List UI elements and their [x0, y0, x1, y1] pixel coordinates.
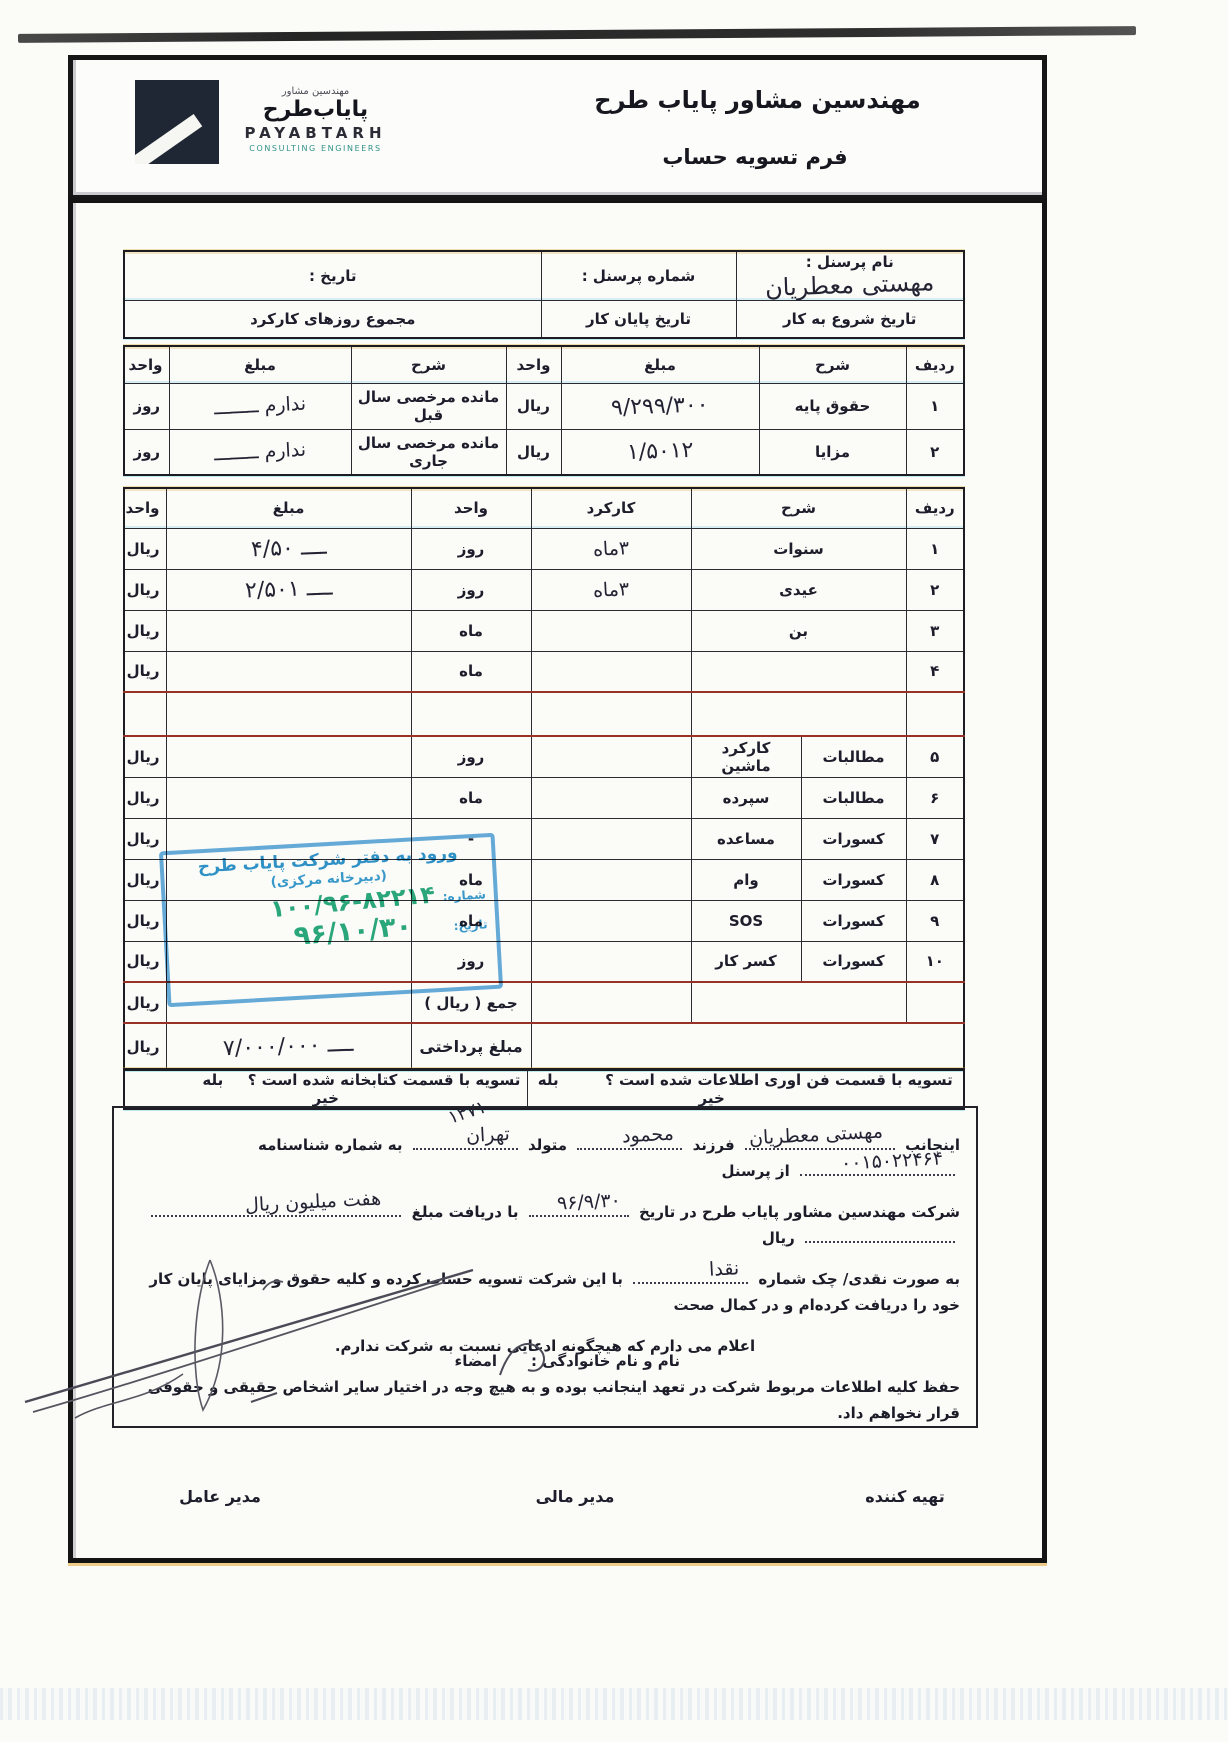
table-row: ۵ مطالبات کارکرد ماشین روز ریال — [124, 736, 964, 777]
table-row: ۲ مزایا ۱/۵۰۱۲ ریال مانده مرخصی سال جاری… — [124, 429, 964, 475]
it-confirm-cell: تسویه با قسمت فن اوری اطلاعات شده است ؟ … — [527, 1069, 964, 1109]
decl-text: به صورت نقدی/ چک شماره — [758, 1270, 960, 1288]
empty-cell — [411, 692, 531, 736]
table-row: ۳ بن ماه ریال — [124, 610, 964, 651]
row-group: کسورات — [801, 900, 906, 941]
row-unit2: ریال — [124, 900, 166, 941]
form-title: فرم تسویه حساب — [545, 145, 965, 169]
leave-handwritten: ندارم ــــــــ — [213, 438, 306, 465]
col-header-amount: مبلغ — [166, 488, 411, 528]
stamp-date-label: تاریخ: — [453, 917, 488, 933]
row-no: ۵ — [906, 736, 964, 777]
row-no: ۴ — [906, 651, 964, 692]
col-header-unit: واحد — [506, 346, 561, 383]
total-days-cell: مجموع روزهای کارکرد — [124, 301, 541, 338]
col-header-desc: شرح — [691, 488, 906, 528]
empty-cell — [124, 692, 166, 736]
row-work — [531, 777, 691, 818]
row-work — [531, 941, 691, 982]
decl-text: از پرسنل — [722, 1162, 790, 1180]
table-row: ۱ سنوات ۳ماه روز ــــ ۴/۵۰ ریال — [124, 528, 964, 569]
row-desc: بن — [691, 610, 906, 651]
end-date-cell: تاریخ پایان کار — [541, 301, 736, 338]
row-amount — [166, 736, 411, 777]
scanned-settlement-form: مهندسین مشاور پایاب‌طرح PAYABTARH CONSUL… — [0, 0, 1228, 1742]
name-cell: نام پرسنل : مهستی معطریان — [736, 251, 964, 301]
finance-manager-label: مدیر مالی — [515, 1487, 635, 1506]
row-desc2: مانده مرخصی سال جاری — [351, 429, 506, 475]
it-no-label: خیر — [699, 1089, 725, 1107]
row-group: کسورات — [801, 941, 906, 982]
sum-unit: ریال — [124, 982, 166, 1023]
amount-handwritten: ــــ ۲/۵۰۱ — [244, 575, 332, 603]
col-header-unit2: واحد — [124, 346, 169, 383]
row-unit2: روز — [124, 383, 169, 429]
ceo-label: مدیر عامل — [160, 1487, 280, 1506]
row-group: کسورات — [801, 859, 906, 900]
row-desc: مزایا — [759, 429, 906, 475]
row-unit2: ریال — [124, 651, 166, 692]
name-blank: مهستی معطریان — [745, 1133, 895, 1150]
empty-cell — [166, 692, 411, 736]
row-unit2: ریال — [124, 941, 166, 982]
decl-text: شرکت مهندسین مشاور پایاب طرح در تاریخ — [639, 1203, 960, 1221]
scan-edge-artifact-top — [18, 26, 1136, 43]
handwritten-signature — [15, 1252, 505, 1422]
personnel-no-cell: شماره پرسنل : — [541, 251, 736, 301]
cheque-blank: نقدا — [633, 1267, 748, 1284]
work-handwritten: ۳ماه — [592, 578, 629, 602]
table-row: ۱ حقوق پایه ۹/۲۹۹/۳۰۰ ریال مانده مرخصی س… — [124, 383, 964, 429]
declaration-line-1: اینجانب مهستی معطریان فرزند محمود متولد … — [130, 1132, 960, 1184]
brand-fa-text: پایاب‌طرح — [228, 97, 403, 122]
row-desc — [691, 651, 906, 692]
empty-cell — [691, 692, 906, 736]
spacer-row — [124, 692, 964, 736]
row-unit: ماه — [411, 777, 531, 818]
row-no: ۹ — [906, 900, 964, 941]
decl-text: با دریافت مبلغ — [412, 1203, 519, 1221]
it-yes-label: بله — [538, 1071, 559, 1089]
scan-noise-band-bottom — [0, 1688, 1228, 1720]
decl-amount-handwritten: هفت میلیون ریال — [245, 1185, 382, 1218]
father-blank: محمود — [577, 1133, 682, 1150]
dotted-leader — [805, 1226, 955, 1243]
row-work — [531, 651, 691, 692]
confirmation-row: تسویه با قسمت فن اوری اطلاعات شده است ؟ … — [123, 1068, 965, 1110]
fullname-label: نام و نام خانوادگی : — [531, 1352, 680, 1370]
row-unit: روز — [411, 528, 531, 569]
table-row: ۲ عیدی ۳ماه روز ــــ ۲/۵۰۱ ریال — [124, 569, 964, 610]
entry-stamp: ورود به دفتر شرکت پایاب طرح (دبیرخانه مر… — [159, 833, 503, 1008]
row-unit: ریال — [506, 429, 561, 475]
row-desc: SOS — [691, 900, 801, 941]
declaration-line-2: شرکت مهندسین مشاور پایاب طرح در تاریخ ۹۶… — [130, 1199, 960, 1251]
table-row: ۶ مطالبات سپرده ماه ریال — [124, 777, 964, 818]
amount-handwritten: ــــ ۴/۵۰ — [250, 535, 326, 563]
row-desc2: مانده مرخصی سال قبل — [351, 383, 506, 429]
row-desc: کسر کار — [691, 941, 801, 982]
empty-cell — [531, 692, 691, 736]
name-label: نام پرسنل : — [806, 253, 894, 271]
col-header-work: کارکرد — [531, 488, 691, 528]
row-unit: ماه — [411, 651, 531, 692]
id-number-blank: ۰۰۱۵۰۲۲۴۶۴ — [800, 1159, 955, 1176]
row-unit2: ریال — [124, 736, 166, 777]
row-work — [531, 900, 691, 941]
amount-handwritten: ۹/۲۹۹/۳۰۰ — [611, 392, 709, 420]
stamp-number-label: شماره: — [442, 887, 486, 903]
empty-cell — [906, 982, 964, 1023]
salary-table: ردیف شرح مبلغ واحد شرح مبلغ واحد ۱ حقوق … — [123, 345, 965, 476]
row-work — [531, 859, 691, 900]
library-yes-label: بله — [202, 1071, 223, 1089]
col-header-amount2: مبلغ — [169, 346, 351, 383]
row-work — [531, 610, 691, 651]
decl-payment-handwritten: نقدا — [708, 1255, 739, 1283]
amount-blank: هفت میلیون ریال — [151, 1200, 401, 1217]
row-no: ۲ — [906, 429, 964, 475]
empty-cell — [531, 982, 691, 1023]
name-handwritten: مهستی معطریان — [765, 268, 935, 302]
row-unit2: روز — [124, 429, 169, 475]
row-no: ۶ — [906, 777, 964, 818]
row-amount — [166, 651, 411, 692]
col-header-desc2: شرح — [351, 346, 506, 383]
decl-father-handwritten: محمود — [622, 1121, 675, 1150]
it-question: تسویه با قسمت فن اوری اطلاعات شده است ؟ — [605, 1071, 953, 1089]
leave-handwritten: ندارم ــــــــ — [213, 393, 306, 420]
brand-small-text: مهندسین مشاور — [228, 86, 403, 97]
brand-block: مهندسین مشاور پایاب‌طرح PAYABTARH CONSUL… — [228, 86, 403, 153]
row-unit2: ریال — [124, 777, 166, 818]
date-blank: ۹۶/۹/۳۰ — [529, 1200, 629, 1217]
row-group: مطالبات — [801, 736, 906, 777]
empty-cell — [531, 1023, 964, 1070]
library-question: تسویه با قسمت کتابخانه شده است ؟ — [248, 1071, 521, 1089]
paid-row: مبلغ پرداختی ــــ ۷/۰۰۰/۰۰۰ ریال — [124, 1023, 964, 1070]
decl-name-handwritten: مهستی معطریان — [748, 1119, 883, 1152]
row-work — [531, 736, 691, 777]
row-no: ۸ — [906, 859, 964, 900]
work-handwritten: ۳ماه — [592, 537, 629, 561]
row-desc: کارکرد ماشین — [691, 736, 801, 777]
row-group: کسورات — [801, 818, 906, 859]
paid-amount-handwritten: ــــ ۷/۰۰۰/۰۰۰ — [223, 1032, 354, 1062]
row-unit2: ریال — [124, 610, 166, 651]
row-amount — [166, 777, 411, 818]
row-desc: سنوات — [691, 528, 906, 569]
decl-id-handwritten: ۰۰۱۵۰۲۲۴۶۴ — [840, 1145, 943, 1176]
row-unit: ریال — [506, 383, 561, 429]
row-no: ۲ — [906, 569, 964, 610]
row-desc: سپرده — [691, 777, 801, 818]
col-header-unit2: واحد — [124, 488, 166, 528]
row-unit2: ریال — [124, 569, 166, 610]
col-header-row: ردیف — [906, 346, 964, 383]
brand-en-subtext: CONSULTING ENGINEERS — [228, 144, 403, 153]
decl-text: به شماره شناسنامه — [258, 1136, 403, 1154]
company-title: مهندسین مشاور پایاب طرح — [545, 86, 970, 114]
row-desc: حقوق پایه — [759, 383, 906, 429]
empty-cell — [691, 982, 906, 1023]
decl-date-handwritten: ۹۶/۹/۳۰ — [556, 1187, 621, 1216]
date-cell: تاریخ : — [124, 251, 541, 301]
col-header-row: ردیف — [906, 488, 964, 528]
row-amount — [166, 610, 411, 651]
col-header-amount: مبلغ — [561, 346, 759, 383]
empty-cell — [906, 692, 964, 736]
amount-handwritten: ۱/۵۰۱۲ — [626, 438, 693, 465]
library-no-label: خیر — [313, 1089, 339, 1107]
row-desc: وام — [691, 859, 801, 900]
row-no: ۳ — [906, 610, 964, 651]
row-no: ۱ — [906, 528, 964, 569]
row-desc: عیدی — [691, 569, 906, 610]
paid-unit: ریال — [124, 1023, 166, 1070]
preparer-label: تهیه کننده — [845, 1487, 965, 1506]
personnel-info-table: نام پرسنل : مهستی معطریان شماره پرسنل : … — [123, 250, 965, 339]
row-desc: مساعده — [691, 818, 801, 859]
decl-text: فرزند — [693, 1136, 735, 1154]
row-unit: روز — [411, 569, 531, 610]
row-no: ۱ — [906, 383, 964, 429]
col-header-unit: واحد — [411, 488, 531, 528]
birthplace-blank: تهران۱۳۷۱ — [413, 1133, 518, 1150]
row-work — [531, 818, 691, 859]
paid-label: مبلغ پرداختی — [411, 1023, 531, 1070]
decl-text: ریال — [762, 1229, 795, 1247]
row-no: ۱۰ — [906, 941, 964, 982]
row-unit: ماه — [411, 610, 531, 651]
company-logo — [135, 80, 219, 164]
decl-text: متولد — [528, 1136, 567, 1154]
row-unit: روز — [411, 736, 531, 777]
col-header-desc: شرح — [759, 346, 906, 383]
brand-en-text: PAYABTARH — [228, 124, 403, 142]
row-no: ۷ — [906, 818, 964, 859]
row-group: مطالبات — [801, 777, 906, 818]
table-row: ۴ ماه ریال — [124, 651, 964, 692]
start-date-cell: تاریخ شروع به کار — [736, 301, 964, 338]
row-unit2: ریال — [124, 528, 166, 569]
